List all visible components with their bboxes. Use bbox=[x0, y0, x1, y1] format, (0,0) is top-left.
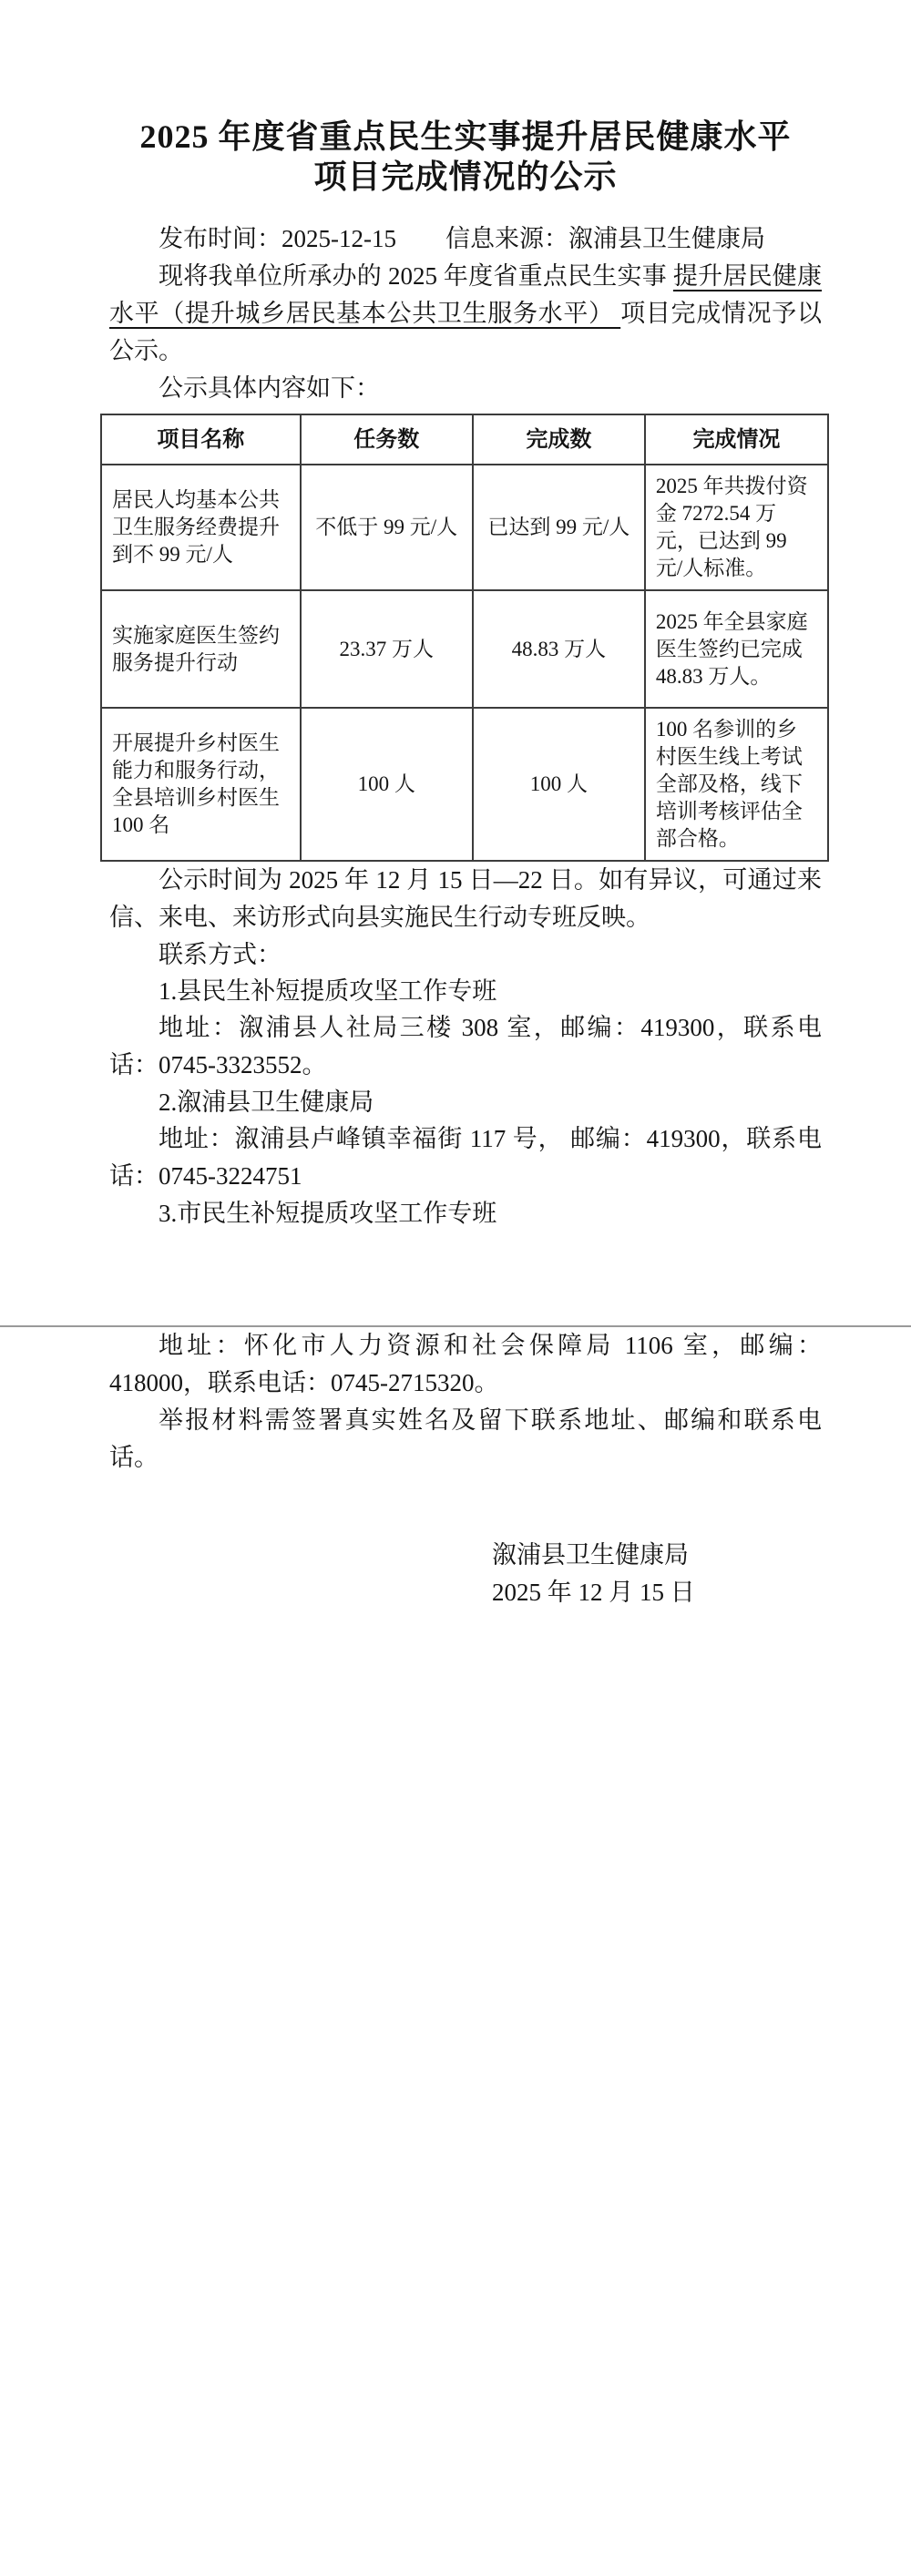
announcement-page: { "page": { "title_line1": "2025 年度省重点民生… bbox=[0, 0, 911, 2576]
contact1-title: 1.县民生补短提质攻坚工作专班 bbox=[109, 973, 822, 1009]
table-row: 开展提升乡村医生能力和服务行动，全县培训乡村医生 100 名 100 人 100… bbox=[101, 708, 828, 861]
cell-project-name: 开展提升乡村医生能力和服务行动，全县培训乡村医生 100 名 bbox=[101, 708, 301, 861]
table-lead-text: 公示具体内容如下： bbox=[109, 370, 822, 406]
cell-task-count: 23.37 万人 bbox=[301, 590, 473, 708]
contact3-address: 地址：怀化市人力资源和社会保障局 1106 室，邮编：418000，联系电话：0… bbox=[109, 1327, 822, 1402]
report-note: 举报材料需签署真实姓名及留下联系地址、邮编和联系电话。 bbox=[109, 1402, 822, 1477]
page-title-line2: 项目完成情况的公示 bbox=[313, 158, 617, 195]
cell-completed-count: 48.83 万人 bbox=[473, 590, 645, 708]
contact-heading: 联系方式： bbox=[109, 936, 822, 973]
page-title: 2025 年度省重点民生实事提升居民健康水平 项目完成情况的公示 bbox=[109, 117, 822, 197]
table-header-row: 项目名称 任务数 完成数 完成情况 bbox=[101, 414, 828, 465]
contact1-address: 地址：溆浦县人社局三楼 308 室，邮编：419300，联系电话：0745-33… bbox=[109, 1009, 822, 1084]
signature-block: 溆浦县卫生健康局 2025 年 12 月 15 日 bbox=[492, 1537, 695, 1611]
contact3-title: 3.市民生补短提质攻坚工作专班 bbox=[109, 1195, 822, 1232]
notice-period-paragraph: 公示时间为 2025 年 12 月 15 日—22 日。如有异议，可通过来信、来… bbox=[109, 862, 822, 936]
contact2-title: 2.溆浦县卫生健康局 bbox=[109, 1084, 822, 1120]
cell-task-count: 100 人 bbox=[301, 708, 473, 861]
col-header-task-count: 任务数 bbox=[301, 414, 473, 465]
cell-completed-count: 已达到 99 元/人 bbox=[473, 465, 645, 590]
intro-paragraph: 现将我单位所承办的 2025 年度省重点民生实事 提升居民健康水平（提升城乡居民… bbox=[109, 258, 822, 370]
meta-line: 发布时间：2025-12-15信息来源：溆浦县卫生健康局 bbox=[109, 220, 822, 258]
signature-date: 2025 年 12 月 15 日 bbox=[492, 1574, 695, 1611]
document-content: 2025 年度省重点民生实事提升居民健康水平 项目完成情况的公示 发布时间：20… bbox=[0, 117, 911, 1611]
intro-text-before: 现将我单位所承办的 2025 年度省重点民生实事 bbox=[159, 262, 673, 290]
col-header-completed-count: 完成数 bbox=[473, 414, 645, 465]
contact2-address: 地址：溆浦县卢峰镇幸福街 117 号， 邮编：419300，联系电话：0745-… bbox=[109, 1120, 822, 1195]
col-header-completion-status: 完成情况 bbox=[645, 414, 828, 465]
table-row: 居民人均基本公共卫生服务经费提升到不 99 元/人 不低于 99 元/人 已达到… bbox=[101, 465, 828, 590]
cell-project-name: 居民人均基本公共卫生服务经费提升到不 99 元/人 bbox=[101, 465, 301, 590]
signature-org: 溆浦县卫生健康局 bbox=[492, 1537, 695, 1574]
cell-completed-count: 100 人 bbox=[473, 708, 645, 861]
cell-task-count: 不低于 99 元/人 bbox=[301, 465, 473, 590]
table-row: 实施家庭医生签约服务提升行动 23.37 万人 48.83 万人 2025 年全… bbox=[101, 590, 828, 708]
cell-completion-status: 2025 年共拨付资金 7272.54 万元，已达到 99 元/人标准。 bbox=[645, 465, 828, 590]
cell-completion-status: 100 名参训的乡村医生线上考试全部及格，线下培训考核评估全部合格。 bbox=[645, 708, 828, 861]
cell-project-name: 实施家庭医生签约服务提升行动 bbox=[101, 590, 301, 708]
publish-date: 发布时间：2025-12-15 bbox=[159, 225, 396, 252]
info-source: 信息来源：溆浦县卫生健康局 bbox=[445, 225, 765, 252]
completion-table: 项目名称 任务数 完成数 完成情况 居民人均基本公共卫生服务经费提升到不 99 … bbox=[100, 414, 829, 862]
cell-completion-status: 2025 年全县家庭医生签约已完成 48.83 万人。 bbox=[645, 590, 828, 708]
page-title-line1: 2025 年度省重点民生实事提升居民健康水平 bbox=[139, 118, 791, 155]
col-header-project-name: 项目名称 bbox=[101, 414, 301, 465]
